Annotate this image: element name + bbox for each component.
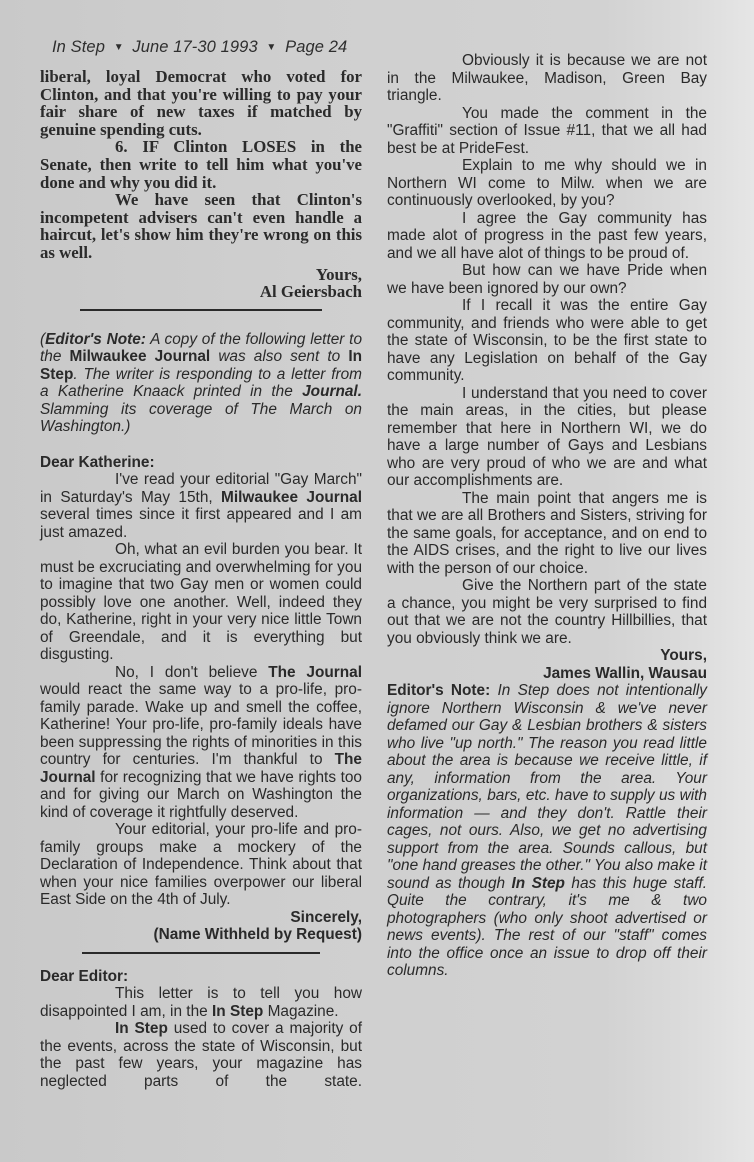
letter-signoff: Sincerely, bbox=[40, 909, 362, 927]
letter-to-katherine: Dear Katherine: I've read your editorial… bbox=[40, 454, 362, 944]
publication-name: In Step bbox=[52, 38, 105, 56]
letter-author: (Name Withheld by Request) bbox=[40, 926, 362, 944]
letter-paragraph: But how can we have Pride when we have b… bbox=[387, 262, 707, 297]
letter-salutation: Dear Editor: bbox=[40, 968, 362, 986]
letter-paragraph: In Step used to cover a majority of the … bbox=[40, 1020, 362, 1090]
letter-paragraph: liberal, loyal Democrat who voted for Cl… bbox=[40, 68, 362, 138]
letter-paragraph: If I recall it was the entire Gay commun… bbox=[387, 297, 707, 385]
letter-paragraph: The main point that angers me is that we… bbox=[387, 490, 707, 578]
page-header: In Step ▼ June 17-30 1993 ▼ Page 24 bbox=[52, 38, 347, 57]
letter-author: James Wallin, Wausau bbox=[387, 665, 707, 683]
letter-paragraph: Your editorial, your pro-life and pro-fa… bbox=[40, 821, 362, 909]
left-column: liberal, loyal Democrat who voted for Cl… bbox=[40, 68, 362, 1090]
letter-paragraph: Give the Northern part of the state a ch… bbox=[387, 577, 707, 647]
letter-paragraph: 6. IF Clinton LOSES in the Senate, then … bbox=[40, 138, 362, 191]
letter-signoff: Yours, bbox=[387, 647, 707, 665]
editors-note-label: Editor's Note: bbox=[387, 682, 490, 699]
editors-note-label: Editor's Note: bbox=[45, 331, 146, 348]
editors-note-intro: (Editor's Note: A copy of the following … bbox=[40, 331, 362, 436]
triangle-separator-icon: ▼ bbox=[114, 42, 124, 53]
letter-paragraph: I've read your editorial "Gay March" in … bbox=[40, 471, 362, 541]
issue-date: June 17-30 1993 bbox=[132, 38, 257, 56]
letter-signoff: Yours, bbox=[40, 266, 362, 284]
letter-paragraph: You made the comment in the "Graffiti" s… bbox=[387, 105, 707, 158]
letter-paragraph: No, I don't believe The Journal would re… bbox=[40, 664, 362, 822]
letter-paragraph: I agree the Gay community has made alot … bbox=[387, 210, 707, 263]
triangle-separator-icon: ▼ bbox=[266, 42, 276, 53]
divider-rule bbox=[82, 952, 320, 954]
letter-paragraph: Oh, what an evil burden you bear. It mus… bbox=[40, 541, 362, 664]
right-column: Obviously it is because we are not in th… bbox=[387, 52, 707, 980]
letter-paragraph: I understand that you need to cover the … bbox=[387, 385, 707, 490]
letter-author: Al Geiersbach bbox=[40, 283, 362, 301]
editors-note-response: Editor's Note: In Step does not intentio… bbox=[387, 682, 707, 980]
letter-paragraph: This letter is to tell you how disappoin… bbox=[40, 985, 362, 1020]
letter-to-editor: Dear Editor: This letter is to tell you … bbox=[40, 968, 362, 1091]
letter-paragraph: We have seen that Clinton's incompetent … bbox=[40, 191, 362, 261]
letter-paragraph: Explain to me why should we in Northern … bbox=[387, 157, 707, 210]
newspaper-page: In Step ▼ June 17-30 1993 ▼ Page 24 libe… bbox=[0, 0, 754, 1162]
page-number: Page 24 bbox=[285, 38, 347, 56]
letter-paragraph: Obviously it is because we are not in th… bbox=[387, 52, 707, 105]
letter-salutation: Dear Katherine: bbox=[40, 454, 362, 472]
letter-geiersbach: liberal, loyal Democrat who voted for Cl… bbox=[40, 68, 362, 301]
